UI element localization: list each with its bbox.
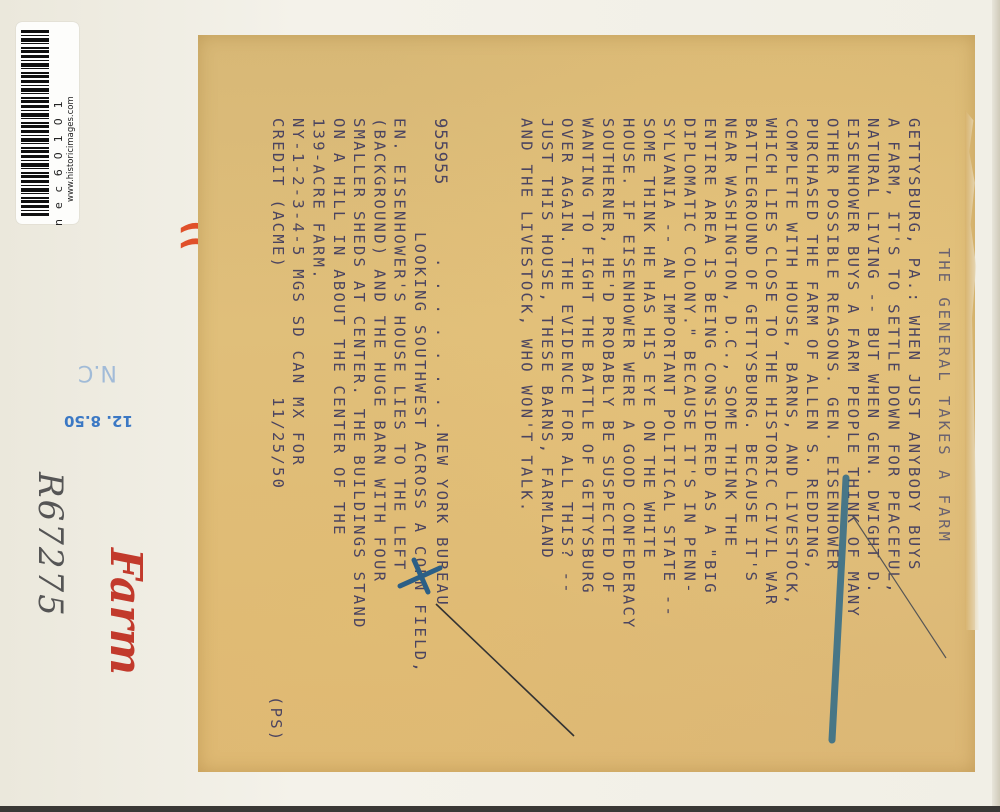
pen-marks	[0, 0, 1000, 812]
